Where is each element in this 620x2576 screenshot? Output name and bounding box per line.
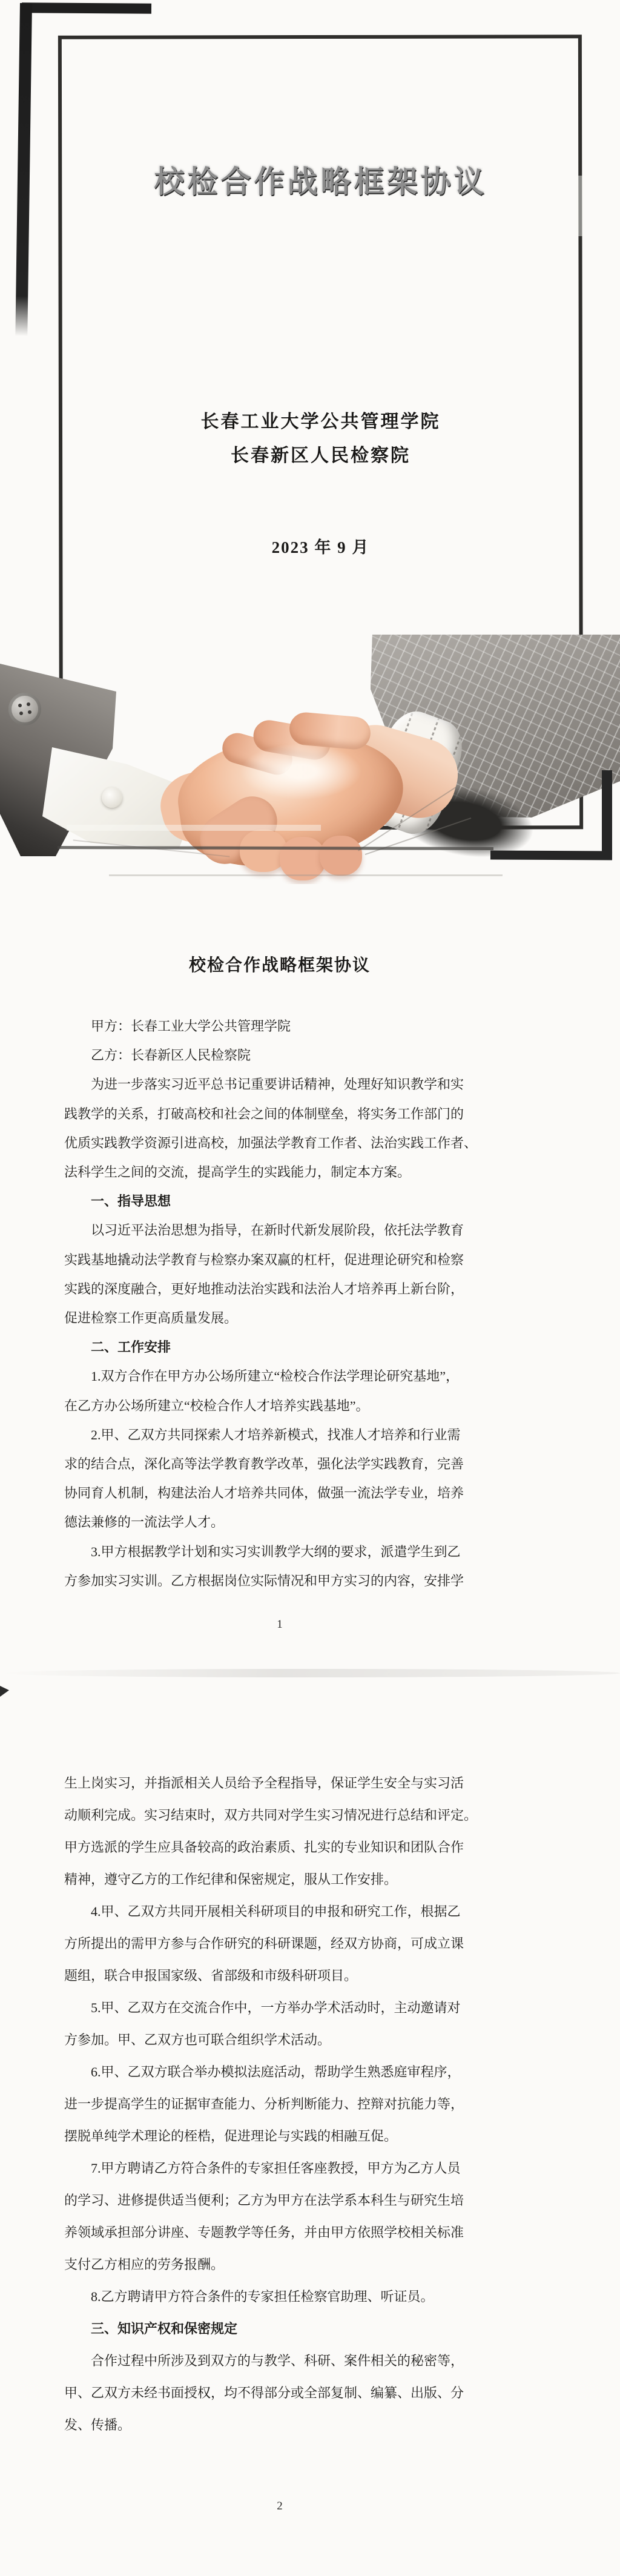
text-line: 1.双方合作在甲方办公场所建立“检校合作法学理论研究基地”， bbox=[64, 1362, 536, 1391]
text-line: 2.甲、乙双方共同探索人才培养新模式，找准人才培养和行业需 bbox=[64, 1421, 536, 1450]
scan-fade-mark bbox=[67, 825, 321, 831]
fingertip bbox=[320, 836, 362, 876]
text-line: 8.乙方聘请甲方符合条件的专家担任检察官助理、听证员。 bbox=[64, 2280, 536, 2313]
text-line: 方参加。甲、乙双方也可联合组织学术活动。 bbox=[64, 2024, 536, 2056]
text-line: 法科学生之间的交流，提高学生的实践能力，制定本方案。 bbox=[64, 1158, 536, 1187]
text-line: 精神，遵守乙方的工作纪律和保密规定，服从工作安排。 bbox=[64, 1863, 536, 1895]
photo-bottom-streak bbox=[109, 874, 503, 876]
cover-organization-1: 长春工业大学公共管理学院 bbox=[59, 411, 582, 434]
text-line: 发、传播。 bbox=[64, 2409, 536, 2441]
page-title: 校检合作战略框架协议 bbox=[64, 956, 495, 976]
page-edge-corner bbox=[490, 850, 612, 860]
text-line: 方参加实习实训。乙方根据岗位实际情况和甲方实习的内容，安排学 bbox=[64, 1567, 536, 1596]
text-line: 德法兼修的一流法学人才。 bbox=[64, 1508, 536, 1537]
suit-button bbox=[8, 693, 41, 725]
text-line: 为进一步落实习近平总书记重要讲话精神，处理好知识教学和实 bbox=[64, 1070, 536, 1099]
page-1-body: 甲方：长春工业大学公共管理学院 乙方：长春新区人民检察院 为进一步落实习近平总书… bbox=[64, 1012, 536, 1596]
cover-title: 校检合作战略框架协议 bbox=[59, 163, 582, 200]
cover-organization-2: 长春新区人民检察院 bbox=[59, 444, 582, 467]
text-line: 进一步提高学生的证据审查能力、分析判断能力、控辩对抗能力等， bbox=[64, 2088, 536, 2120]
shirt-button bbox=[102, 787, 122, 808]
text-line: 实践基地撬动法学教育与检察办案双赢的杠杆，促进理论研究和检察 bbox=[64, 1246, 536, 1275]
party-b-line: 乙方：长春新区人民检察院 bbox=[64, 1041, 536, 1070]
text-line: 动顺利完成。实习结束时，双方共同对学生实习情况进行总结和评定。 bbox=[64, 1799, 536, 1831]
text-line: 生上岗实习，并指派相关人员给予全程指导，保证学生安全与实习活 bbox=[64, 1767, 536, 1799]
text-line: 方所提出的需甲方参与合作研究的科研课题，经双方协商，可成立课 bbox=[64, 1927, 536, 1960]
text-line: 促进检察工作更高质量发展。 bbox=[64, 1304, 536, 1333]
text-line: 支付乙方相应的劳务报酬。 bbox=[64, 2248, 536, 2280]
page-2-body: 生上岗实习，并指派相关人员给予全程指导，保证学生安全与实习活 动顺利完成。实习结… bbox=[64, 1767, 536, 2441]
section-heading-3: 三、知识产权和保密规定 bbox=[64, 2313, 536, 2345]
page-number: 1 bbox=[64, 1616, 495, 1633]
scanned-agreement-document: 校检合作战略框架协议 长春工业大学公共管理学院 长春新区人民检察院 2023 年… bbox=[0, 0, 620, 2576]
page-gutter-shadow bbox=[0, 1669, 620, 1677]
text-line: 7.甲方聘请乙方符合条件的专家担任客座教授，甲方为乙方人员 bbox=[64, 2152, 536, 2184]
text-line: 甲、乙双方未经书面授权，均不得部分或全部复制、编纂、出版、分 bbox=[64, 2377, 536, 2409]
text-line: 甲方选派的学生应具备较高的政治素质、扎实的专业知识和团队合作 bbox=[64, 1831, 536, 1863]
text-line: 实践的深度融合，更好地推动法治实践和法治人才培养再上新台阶， bbox=[64, 1275, 536, 1304]
text-line: 摆脱单纯学术理论的桎梏，促进理论与实践的相融互促。 bbox=[64, 2120, 536, 2152]
text-line: 养领域承担部分讲座、专题教学等任务，并由甲方依照学校相关标准 bbox=[64, 2216, 536, 2248]
party-a-line: 甲方：长春工业大学公共管理学院 bbox=[64, 1012, 536, 1041]
text-line: 4.甲、乙双方共同开展相关科研项目的申报和研究工作，根据乙 bbox=[64, 1895, 536, 1927]
text-line: 践教学的关系，打破高校和社会之间的体制壁垒，将实务工作部门的 bbox=[64, 1100, 536, 1129]
scan-artifact-wedge bbox=[0, 1686, 9, 1697]
text-line: 求的结合点，深化高等法学教育教学改革，强化法学实践教育，完善 bbox=[64, 1450, 536, 1479]
text-line: 合作过程中所涉及到双方的与教学、科研、案件相关的秘密等， bbox=[64, 2345, 536, 2377]
text-line: 6.甲、乙双方联合举办模拟法庭活动，帮助学生熟悉庭审程序， bbox=[64, 2056, 536, 2088]
text-line: 在乙方办公场所建立“校检合作人才培养实践基地”。 bbox=[64, 1392, 536, 1421]
text-line: 优质实践教学资源引进高校，加强法学教育工作者、法治实践工作者、 bbox=[64, 1129, 536, 1158]
text-line: 3.甲方根据教学计划和实习实训教学大纲的要求，派遣学生到乙 bbox=[64, 1537, 536, 1567]
scan-artifact-left-bar bbox=[15, 3, 32, 336]
text-line: 题组，联合申报国家级、省部级和市级科研项目。 bbox=[64, 1960, 536, 1992]
page-number: 2 bbox=[64, 2498, 495, 2515]
text-line: 协同育人机制，构建法治人才培养共同体，做强一流法学专业，培养 bbox=[64, 1479, 536, 1508]
section-heading-2: 二、工作安排 bbox=[64, 1333, 536, 1362]
photo-highlight bbox=[225, 736, 377, 807]
text-line: 5.甲、乙双方在交流合作中，一方举办学术活动时，主动邀请对 bbox=[64, 1992, 536, 2024]
scan-artifact-top-bar bbox=[22, 2, 151, 13]
text-line: 以习近平法治思想为指导，在新时代新发展阶段，依托法学教育 bbox=[64, 1216, 536, 1245]
text-line: 的学习、进修提供适当便利；乙方为甲方在法学系本科生与研究生培 bbox=[64, 2184, 536, 2216]
section-heading-1: 一、指导思想 bbox=[64, 1187, 536, 1216]
cover-date: 2023 年 9 月 bbox=[59, 538, 582, 557]
page-edge-corner bbox=[602, 770, 612, 860]
